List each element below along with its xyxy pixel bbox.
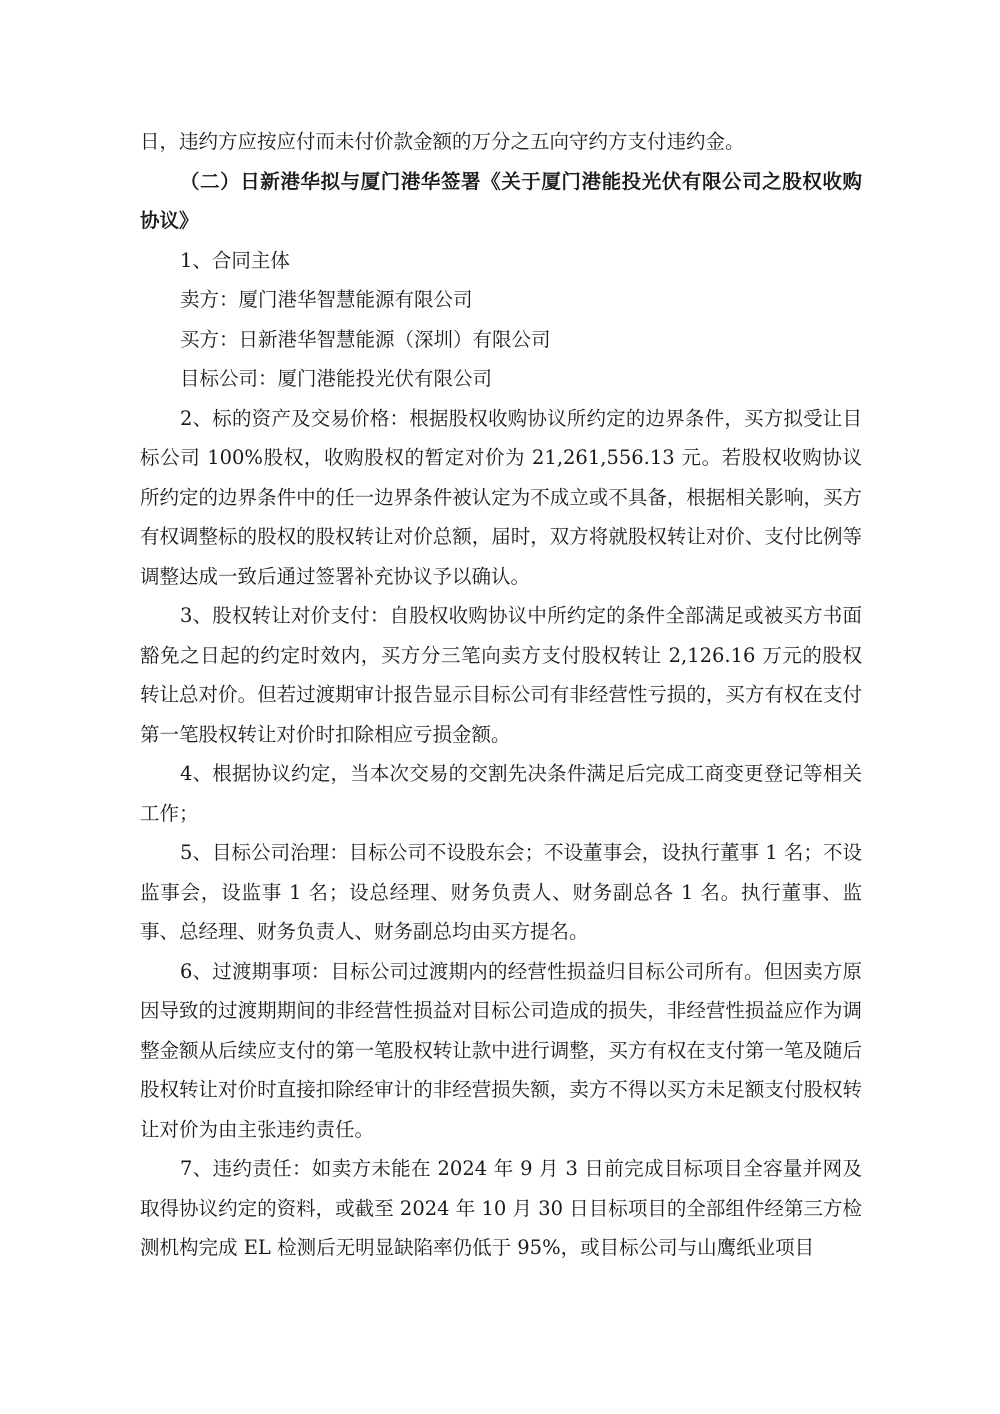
item-registration: 4、根据协议约定，当本次交易的交割先决条件满足后完成工商变更登记等相关工作； xyxy=(140,754,862,833)
section-heading: （二）日新港华拟与厦门港华签署《关于厦门港能投光伏有限公司之股权收购协议》 xyxy=(140,162,862,241)
item-target-company: 目标公司：厦门港能投光伏有限公司 xyxy=(140,359,862,399)
item-buyer: 买方：日新港华智慧能源（深圳）有限公司 xyxy=(140,320,862,360)
item-governance: 5、目标公司治理：目标公司不设股东会；不设董事会，设执行董事 1 名；不设监事会… xyxy=(140,833,862,952)
item-transition: 6、过渡期事项：目标公司过渡期内的经营性损益归目标公司所有。但因卖方原因导致的过… xyxy=(140,952,862,1150)
item-asset-price: 2、标的资产及交易价格：根据股权收购协议所约定的边界条件，买方拟受让目标公司 1… xyxy=(140,399,862,597)
document-page: 日，违约方应按应付而未付价款金额的万分之五向守约方支付违约金。 （二）日新港华拟… xyxy=(140,122,862,1268)
paragraph-continuation: 日，违约方应按应付而未付价款金额的万分之五向守约方支付违约金。 xyxy=(140,122,862,162)
item-payment: 3、股权转让对价支付：自股权收购协议中所约定的条件全部满足或被买方书面豁免之日起… xyxy=(140,596,862,754)
item-contract-parties: 1、合同主体 xyxy=(140,241,862,281)
item-liability: 7、违约责任：如卖方未能在 2024 年 9 月 3 日前完成目标项目全容量并网… xyxy=(140,1149,862,1268)
item-seller: 卖方：厦门港华智慧能源有限公司 xyxy=(140,280,862,320)
